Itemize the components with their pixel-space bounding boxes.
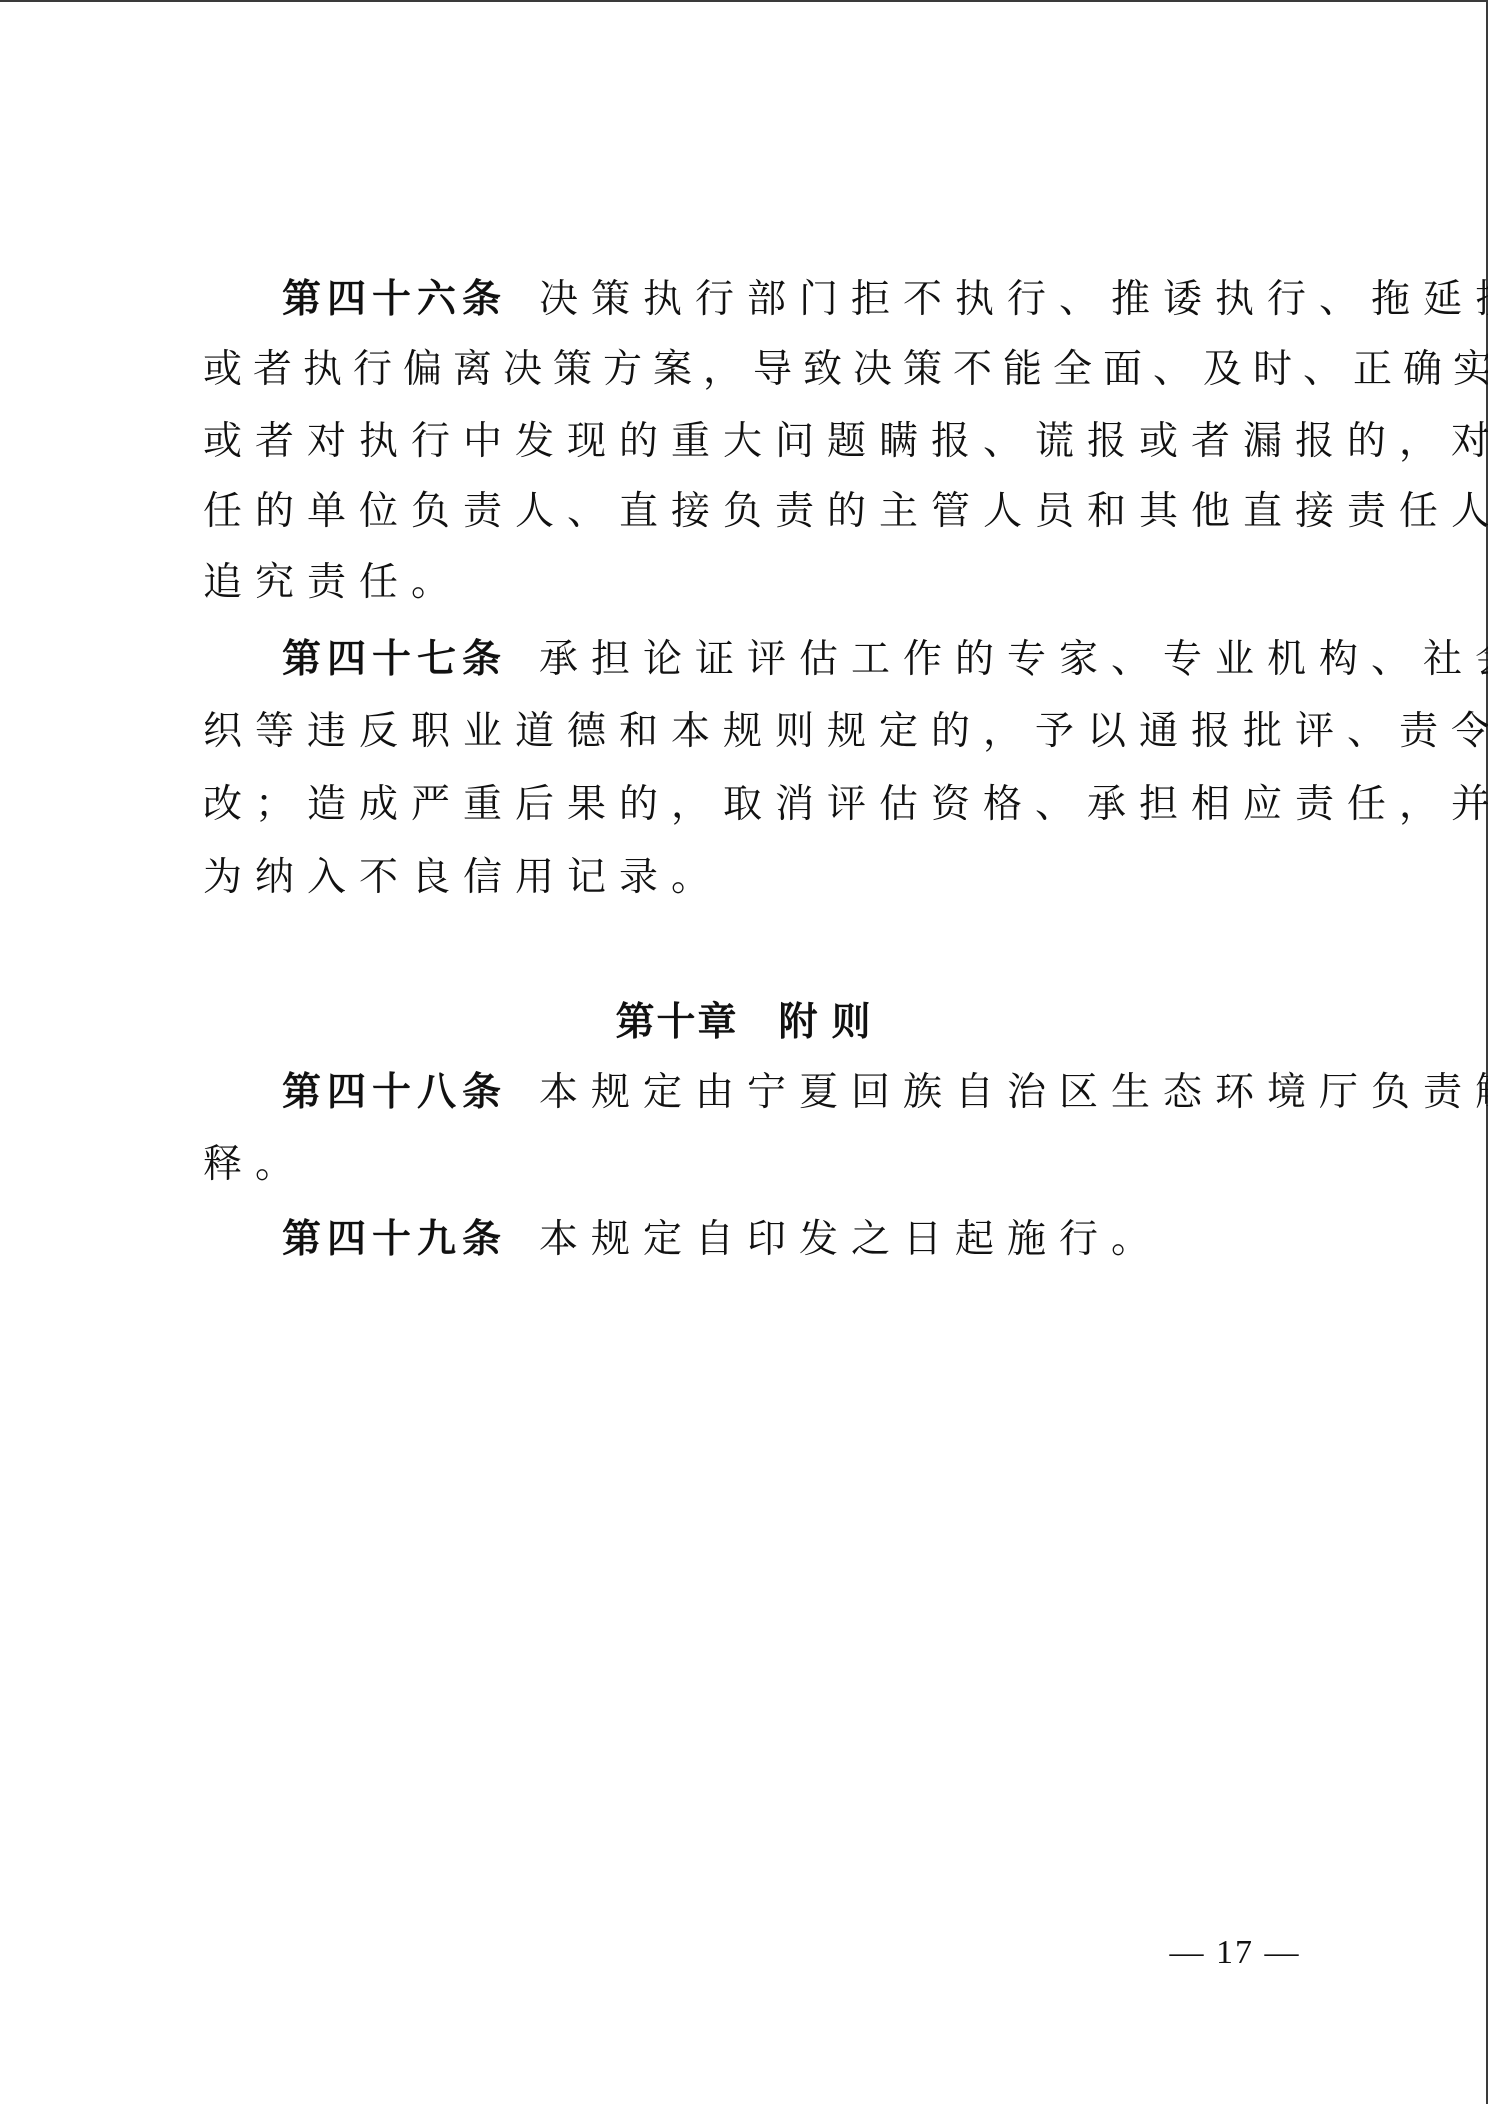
article-46-line-1: 第四十六条决策执行部门拒不执行、推诿执行、拖延执行 — [282, 265, 1302, 335]
article-46-line-2: 或者执行偏离决策方案，导致决策不能全面、及时、正确实施的， — [203, 335, 1303, 405]
article-number: 第四十七条 — [282, 637, 507, 682]
chapter-number: 第十章 — [615, 1000, 738, 1045]
article-49-line-1: 第四十九条本规定自印发之日起施行。 — [282, 1205, 1302, 1275]
article-number: 第四十八条 — [282, 1070, 507, 1115]
article-number: 第四十九条 — [282, 1217, 507, 1262]
article-text: 决策执行部门拒不执行、推诿执行、拖延执行 — [539, 277, 1488, 322]
article-47-line-4: 为纳入不良信用记录。 — [203, 843, 1303, 913]
article-47-line-3: 改；造成严重后果的，取消评估资格、承担相应责任，并将其行 — [203, 770, 1303, 840]
article-text: 承担论证评估工作的专家、专业机构、社会组 — [539, 637, 1488, 682]
article-46-line-5: 追究责任。 — [203, 548, 1303, 618]
article-46-line-4: 任的单位负责人、直接负责的主管人员和其他直接责任人员依法 — [203, 477, 1303, 547]
chapter-heading: 第十章附则 — [0, 988, 1488, 1058]
article-48-line-2: 释。 — [203, 1130, 1303, 1200]
article-number: 第四十六条 — [282, 277, 507, 322]
article-46-line-3: 或者对执行中发现的重大问题瞒报、谎报或者漏报的，对负有责 — [203, 407, 1303, 477]
article-47-line-1: 第四十七条承担论证评估工作的专家、专业机构、社会组 — [282, 625, 1302, 695]
article-text: 本规定由宁夏回族自治区生态环境厅负责解 — [539, 1070, 1488, 1115]
chapter-title-part-2: 则 — [832, 1000, 873, 1045]
article-47-line-2: 织等违反职业道德和本规则规定的，予以通报批评、责令限期整 — [203, 697, 1303, 767]
chapter-title-part-1: 附 — [778, 1000, 819, 1045]
article-48-line-1: 第四十八条本规定由宁夏回族自治区生态环境厅负责解 — [282, 1058, 1302, 1128]
article-text: 本规定自印发之日起施行。 — [539, 1217, 1163, 1262]
page-number: — 17 — — [1160, 1928, 1310, 1978]
